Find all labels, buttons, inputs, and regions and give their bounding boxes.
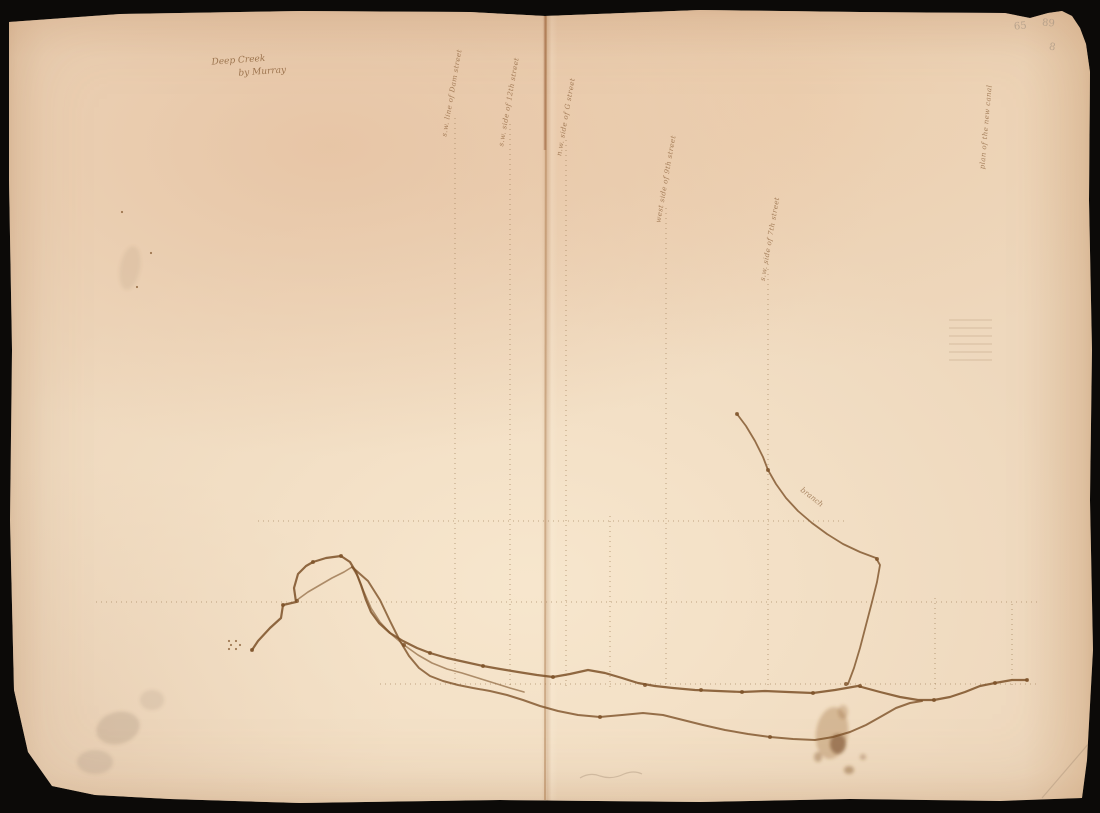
stain-blot (838, 705, 848, 719)
station-dot (250, 648, 254, 652)
station-dot (699, 688, 703, 692)
station-dot (858, 684, 862, 688)
small-ink-speck (121, 211, 123, 213)
station-dot (598, 715, 602, 719)
map-drawing (0, 0, 1100, 813)
stain-blot (77, 750, 113, 774)
fold-crease (545, 14, 546, 800)
small-ink-speck (230, 644, 232, 646)
stain-blot (844, 766, 854, 774)
small-ink-speck (136, 286, 138, 288)
station-dot (1025, 678, 1029, 682)
station-dot (932, 698, 936, 702)
stain-blot (140, 690, 164, 710)
station-dot (740, 690, 744, 694)
station-dot (768, 735, 772, 739)
stain-blot (93, 707, 144, 749)
creek-north-bank (252, 556, 1027, 700)
small-ink-speck (235, 648, 237, 650)
small-ink-speck (228, 640, 230, 642)
station-dot (993, 681, 997, 685)
creek-ink-lines (252, 414, 1027, 740)
station-dot (811, 691, 815, 695)
paper-stains (77, 245, 866, 774)
survey-station-dots (121, 211, 1029, 739)
station-dot (551, 675, 555, 679)
stain-blot (860, 754, 866, 760)
station-dot (875, 557, 879, 561)
small-ink-speck (228, 648, 230, 650)
pencil-scribble (580, 772, 642, 778)
station-dot (766, 468, 770, 472)
station-dot (428, 651, 432, 655)
station-dot (481, 664, 485, 668)
station-dot (281, 603, 285, 607)
small-ink-speck (239, 644, 241, 646)
station-dot (311, 560, 315, 564)
stain-blot (116, 245, 143, 292)
scan-background: Deep Creek by Murray s.w. line of Dam st… (0, 0, 1100, 813)
station-dot (735, 412, 739, 416)
stain-blot (814, 752, 822, 762)
small-ink-speck (235, 640, 237, 642)
station-dot (402, 643, 406, 647)
station-dot (339, 554, 343, 558)
map-sheet: Deep Creek by Murray s.w. line of Dam st… (0, 0, 1100, 813)
small-ink-speck (150, 252, 152, 254)
creek-inner-bank (297, 567, 524, 692)
pencil-scribble (1042, 742, 1090, 798)
survey-grid-dotted-lines (96, 118, 1040, 692)
branch-line (737, 414, 880, 684)
station-dot (643, 683, 647, 687)
station-dot (844, 682, 848, 686)
station-dot (295, 599, 299, 603)
